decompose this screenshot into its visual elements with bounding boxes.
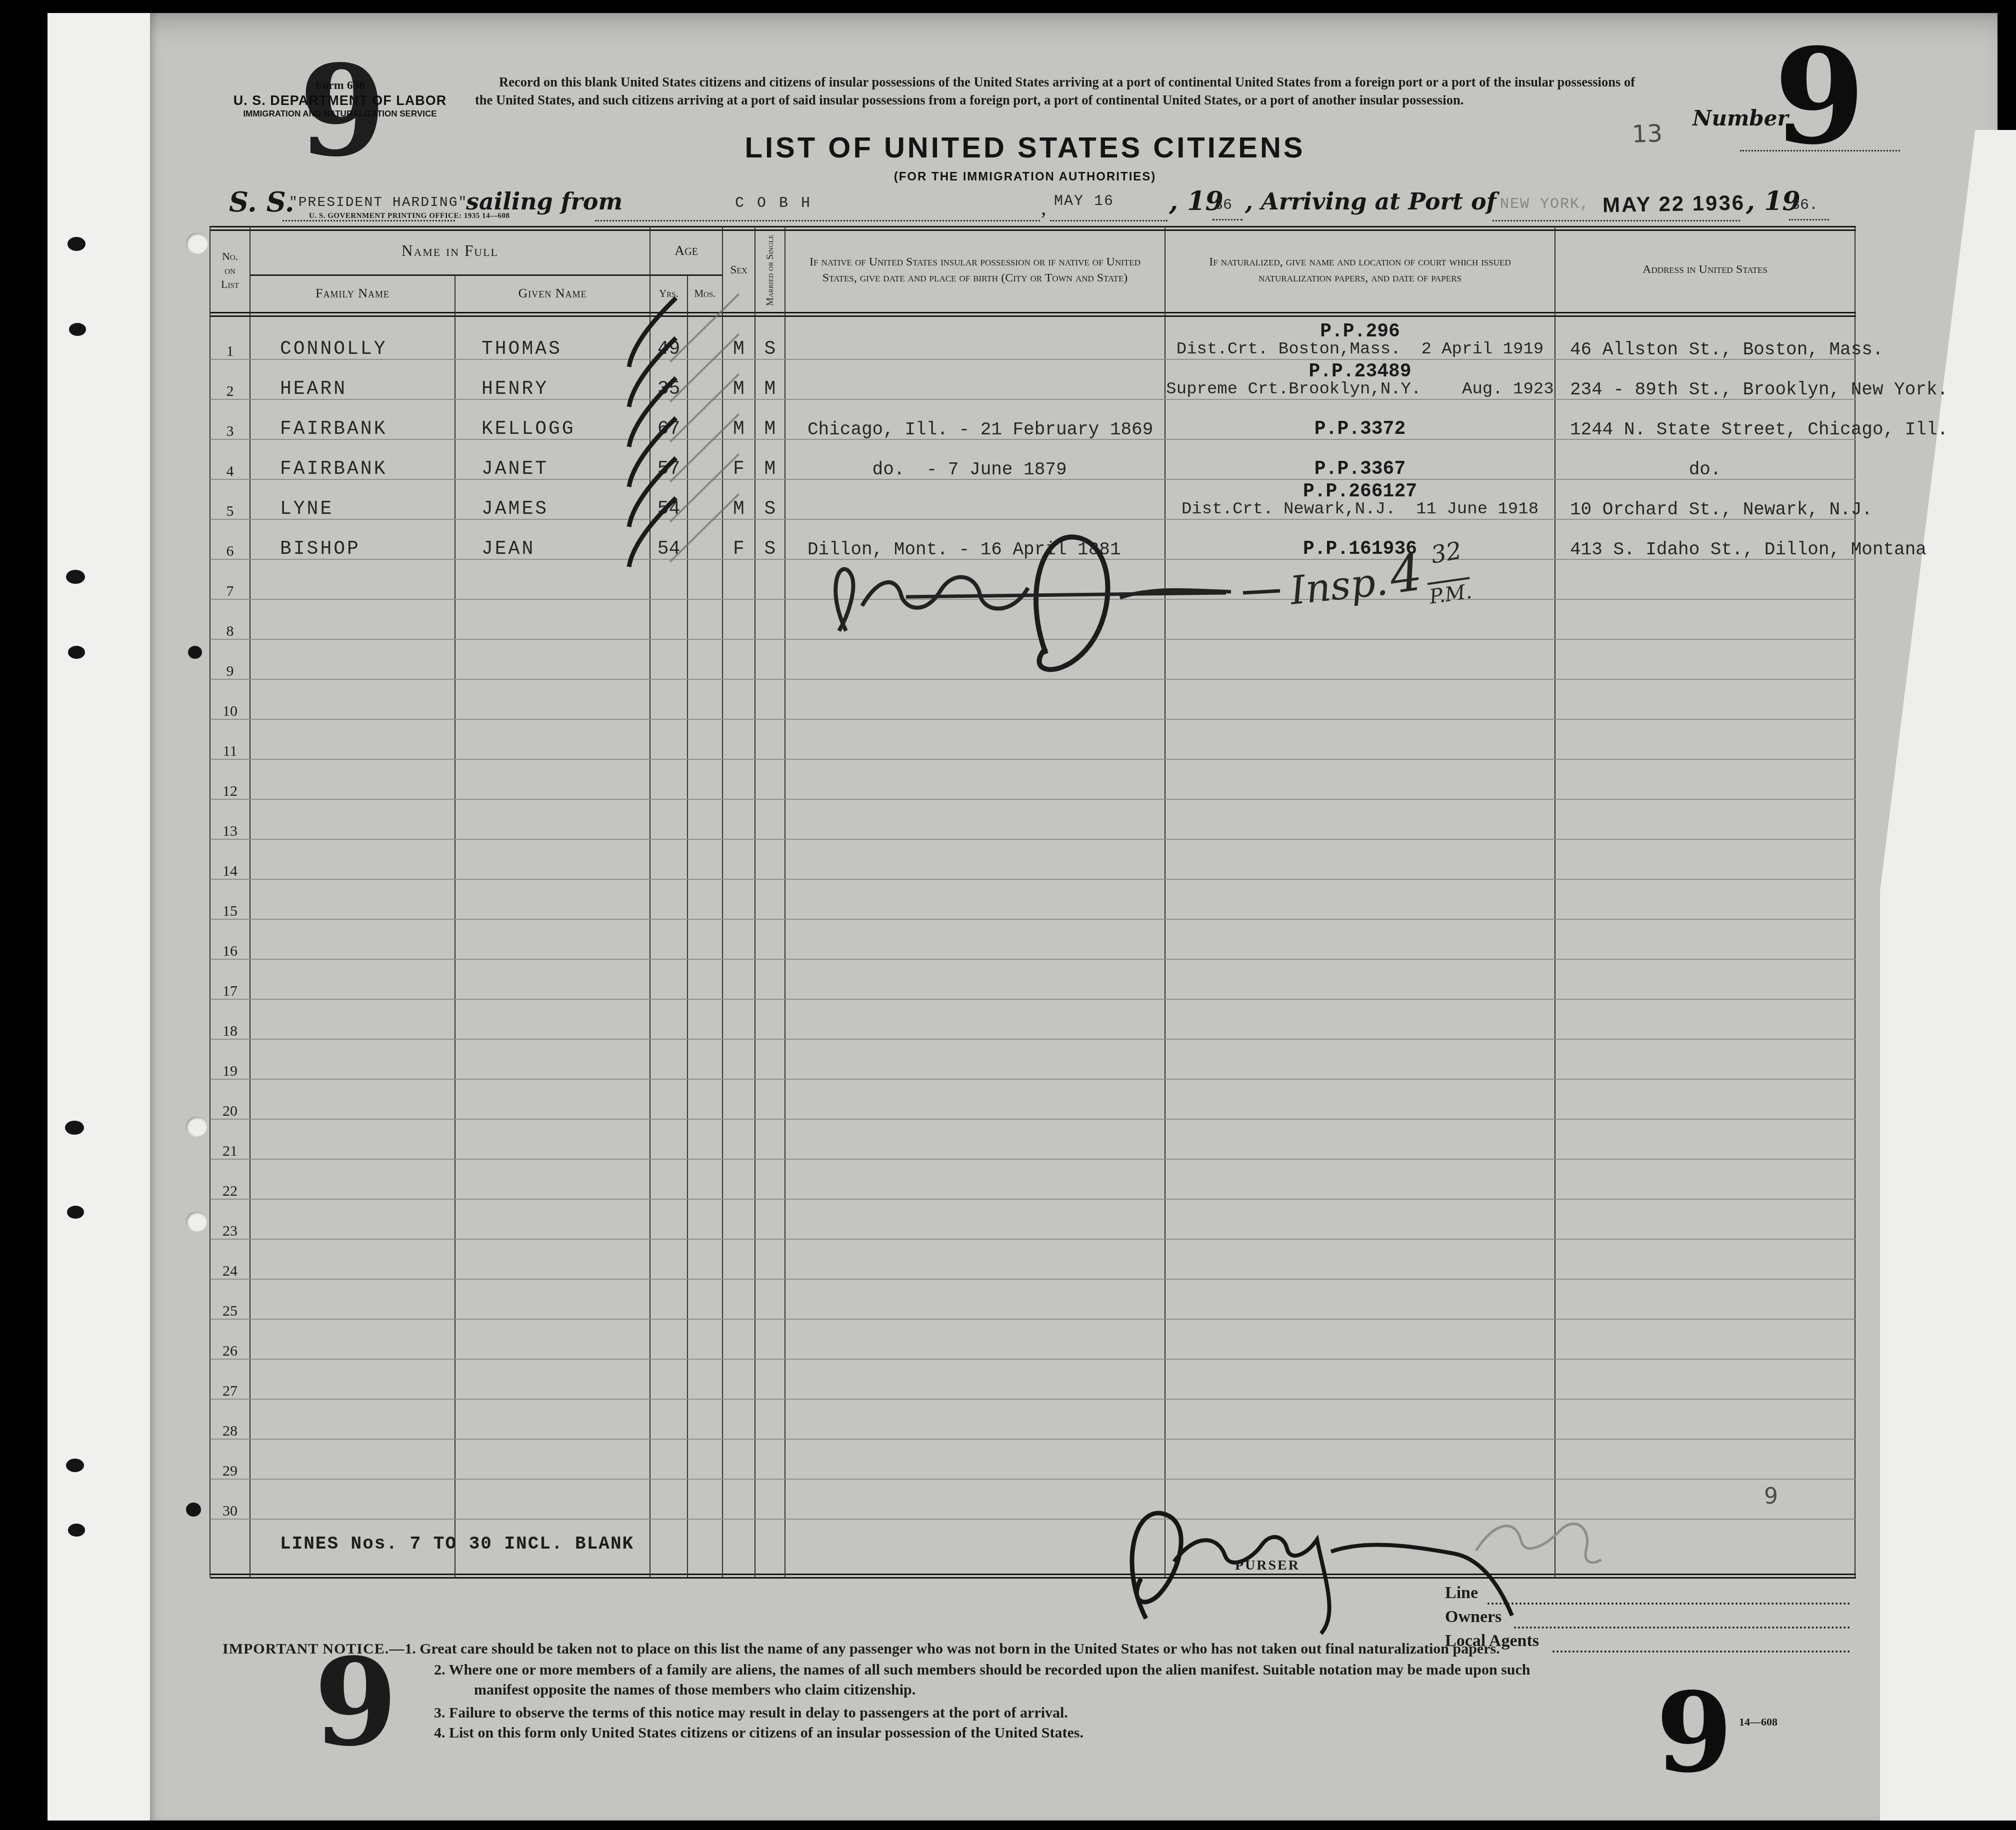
- notice-line-2: 2. Where one or more members of a family…: [434, 1662, 1530, 1679]
- notice-item-1: 1. Great care should be taken not to pla…: [404, 1641, 1499, 1657]
- handwriting-overlay: [0, 0, 2016, 1830]
- inspector-time-minutes: 32: [1429, 536, 1464, 569]
- notice-line-3: manifest opposite the names of those mem…: [474, 1682, 915, 1699]
- sheet-number-stamp-bottom-left: 9: [314, 1643, 397, 1763]
- notice-line-1: IMPORTANT NOTICE.—1. Great care should b…: [222, 1641, 1500, 1658]
- line-label: Line: [1445, 1584, 1478, 1603]
- inspector-signature: [835, 569, 853, 631]
- lines-blank-note: LINES Nos. 7 TO 30 INCL. BLANK: [280, 1534, 634, 1554]
- local-agents-fill: [1552, 1632, 1850, 1653]
- row-check-mark-light: [670, 334, 739, 402]
- inspector-signature: [1036, 537, 1108, 669]
- row-check-mark-light: [670, 374, 739, 442]
- notice-line-4: 3. Failure to observe the terms of this …: [434, 1705, 1068, 1722]
- notice-line-5: 4. List on this form only United States …: [434, 1725, 1083, 1742]
- line-fill: [1487, 1584, 1850, 1605]
- row-check-mark: [629, 298, 676, 367]
- inspector-signature: [906, 593, 1226, 597]
- pencil-scrawl: [1476, 1524, 1601, 1563]
- pencil-page-number: 9: [1764, 1484, 1778, 1509]
- row-check-mark-light: [670, 494, 739, 562]
- purser-label: PURSER: [1235, 1558, 1300, 1574]
- purser-signature: [1132, 1513, 1181, 1619]
- sheet-number-stamp-bottom-right: 9: [1656, 1678, 1732, 1788]
- owners-fill: [1514, 1608, 1850, 1629]
- row-check-mark-light: [670, 294, 739, 362]
- scanned-manifest-document: Form 630 U. S. DEPARTMENT OF LABOR IMMIG…: [0, 0, 2016, 1830]
- print-code: 14—608: [1739, 1716, 1777, 1729]
- row-check-mark-light: [670, 454, 739, 522]
- owners-label: Owners: [1445, 1608, 1501, 1627]
- row-check-mark-light: [670, 414, 739, 482]
- inspector-signature: [862, 577, 1028, 609]
